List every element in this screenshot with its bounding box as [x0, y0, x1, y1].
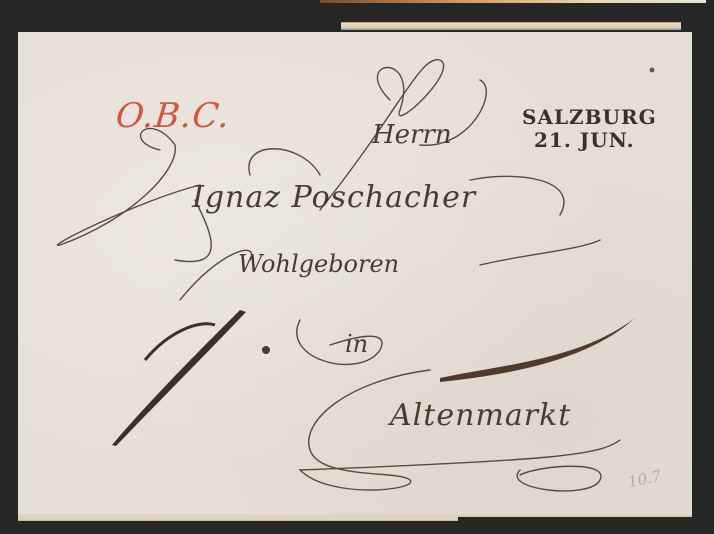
salzburg-postmark: SALZBURG 21. JUN.: [522, 106, 657, 152]
postmark-date: 21. JUN.: [522, 129, 657, 152]
postmark-town: SALZBURG: [522, 106, 657, 129]
obc-postmark: O.B.C.: [114, 96, 232, 136]
address-place: Altenmarkt: [390, 398, 571, 433]
address-salutation: Herrn: [372, 120, 452, 150]
address-preposition: in: [345, 330, 368, 358]
letter-bottom-edge: [18, 514, 458, 521]
address-title: Wohlgeboren: [238, 250, 399, 278]
background-strip: [320, 0, 706, 3]
address-name: Ignaz Poschacher: [192, 180, 476, 215]
